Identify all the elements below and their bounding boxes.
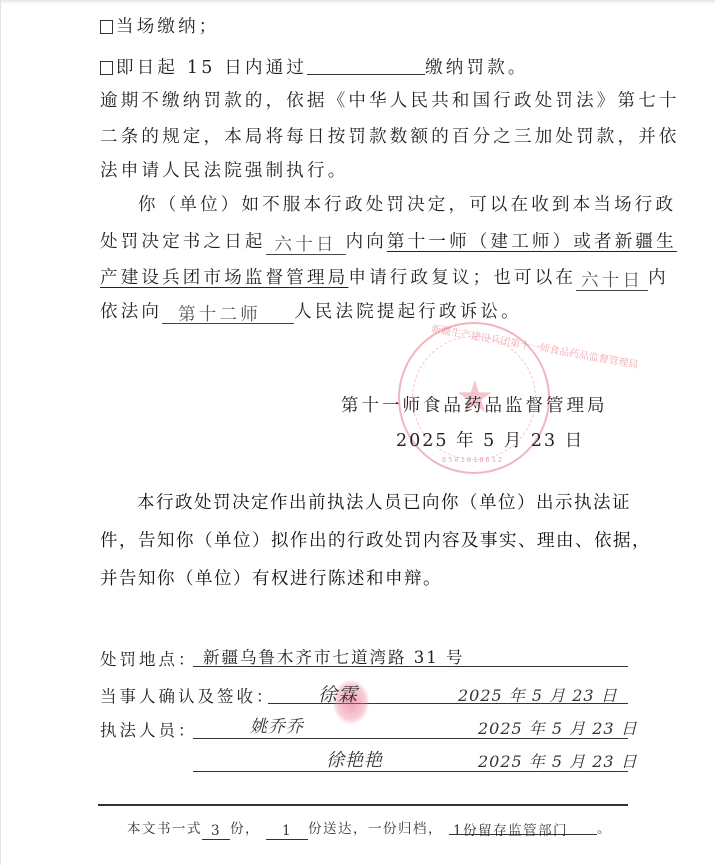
payment-option-15days-suffix: 缴纳罚款。	[425, 58, 529, 78]
late-payment-line-3: 法申请人民法院强制执行。	[100, 160, 348, 182]
payment-option-15days-prefix: 即日起 15 日内通过	[116, 58, 307, 78]
officer1-sign-date: 2025 年 5 月 23 日	[478, 716, 638, 739]
officer2-signature: 徐艳艳	[326, 746, 383, 772]
checkbox-onsite[interactable]	[100, 20, 113, 34]
appeal-line-1: 你（单位）如不服本行政处罚决定，可以在收到本当场行政	[138, 194, 676, 216]
officer-label: 执法人员：	[100, 717, 198, 741]
location-label: 处罚地点：	[100, 646, 198, 670]
review-body-part-1: 第十一师（建工师）或者新疆生	[387, 232, 677, 252]
late-payment-line-2: 二条的规定，本局将每日按罚款数额的百分之三加处罚款，并依	[100, 126, 680, 148]
page-top-edge	[0, 0, 715, 4]
party-sign-date: 2025 年 5 月 23 日	[458, 683, 618, 706]
footer-text-1: 份，	[230, 821, 260, 837]
appeal-line-3-suffix: 内	[648, 268, 669, 288]
copies-delivered-field: 1	[266, 823, 308, 840]
copies-total-field: 3	[202, 823, 230, 840]
location-value: 新疆乌鲁木齐市七道湾路 31 号	[203, 644, 465, 668]
notice-line-2: 件，告知你（单位）拟作出的行政处罚内容及事实、理由、依据，	[100, 530, 651, 552]
payment-method-blank	[307, 56, 425, 75]
page-left-edge	[0, 0, 1, 865]
payment-option-onsite-label: 当场缴纳；	[116, 17, 220, 37]
notice-line-1: 本行政处罚决定作出前执法人员已向你（单位）出示执法证	[137, 492, 631, 514]
appeal-line-2-mid: 内向	[346, 232, 387, 252]
appeal-line-4-prefix: 依法向	[100, 302, 162, 322]
appeal-line-4-suffix: 人民法院提起行政诉讼。	[294, 302, 522, 322]
issuer-date: 2025 年 5 月 23 日	[396, 427, 584, 452]
appeal-line-3: 产建设兵团市场监督管理局申请行政复议；也可以在六十日内	[100, 267, 669, 291]
court-field: 第十二师	[162, 304, 294, 324]
notice-line-3: 并告知你（单位）有权进行陈述和申辩。	[100, 568, 442, 590]
appeal-line-3-mid: 申请行政复议；也可以在	[348, 268, 576, 288]
officer2-sign-date: 2025 年 5 月 23 日	[478, 749, 638, 772]
payment-option-onsite: 当场缴纳；	[100, 16, 220, 38]
copies-retained-field: 1份留存监管部门	[449, 819, 597, 835]
party-signature: 徐霖	[318, 680, 358, 707]
appeal-line-4: 依法向第十二师人民法院提起行政诉讼。	[100, 301, 522, 324]
footer-text-2: 份送达，一份归档，	[308, 821, 443, 837]
review-period-field: 六十日	[266, 234, 346, 255]
footer-text-3: 。	[597, 821, 612, 837]
appeal-line-2: 处罚决定书之日起六十日内向第十一师（建工师）或者新疆生	[100, 231, 677, 255]
official-seal-code: 6501018612	[442, 456, 504, 464]
copies-footer: 本文书一式3份，1份送达，一份归档，1份留存监管部门。	[127, 817, 612, 840]
footer-prefix: 本文书一式	[127, 821, 202, 837]
party-confirm-label: 当事人确认及签收：	[100, 683, 276, 707]
checkbox-15days[interactable]	[100, 61, 113, 75]
footer-divider	[98, 804, 628, 806]
appeal-line-2-prefix: 处罚决定书之日起	[100, 232, 266, 252]
officer1-signature: 姚乔乔	[250, 712, 304, 737]
lawsuit-period-field: 六十日	[576, 270, 648, 291]
payment-option-15days: 即日起 15 日内通过缴纳罚款。	[100, 56, 529, 79]
review-body-part-2: 产建设兵团市场监督管理局	[100, 268, 348, 288]
issuer-organization: 第十一师食品药品监督管理局	[341, 392, 608, 417]
late-payment-line-1: 逾期不缴纳罚款的，依据《中华人民共和国行政处罚法》第七十	[100, 90, 680, 112]
